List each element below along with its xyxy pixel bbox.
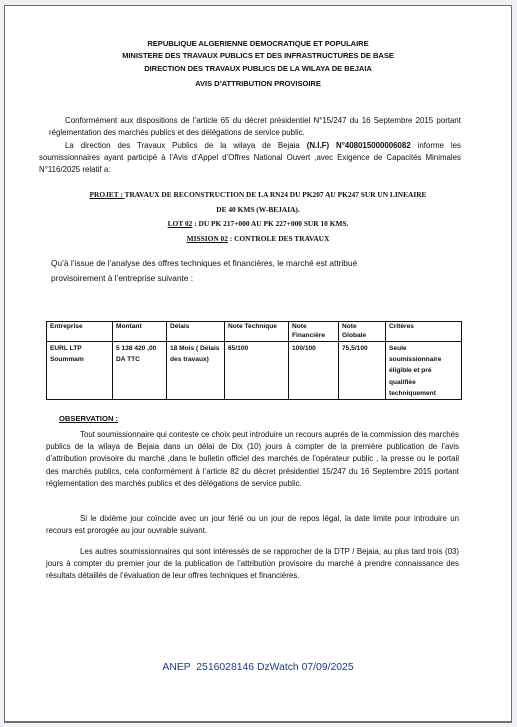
intro-paragraph-1: Conformément aux dispositions de l’artic… — [49, 115, 461, 139]
header-republic: REPUBLIQUE ALGERIENNE DEMOCRATIQUE ET PO… — [5, 39, 511, 48]
observation-paragraph-1: Tout soumissionnaire qui conteste ce cho… — [46, 429, 459, 490]
attribution-lead-text: Qu’à l’issue de l’analyse des offres tec… — [51, 256, 411, 286]
project-title-line1: TRAVAUX DE RECONSTRUCTION DE LA RN24 DU … — [125, 190, 427, 199]
document-title: AVIS D’ATTRIBUTION PROVISOIRE — [5, 79, 511, 88]
col-header-entreprise: Entreprise — [47, 322, 113, 342]
project-heading: PROJET : TRAVAUX DE RECONSTRUCTION DE LA… — [5, 190, 511, 199]
cell-note-globale: 75,5/100 — [339, 342, 386, 400]
header-direction: DIRECTION DES TRAVAUX PUBLICS DE LA WILA… — [5, 64, 511, 73]
col-header-montant: Montant — [113, 322, 167, 342]
observation-paragraph-2: Si le dixième jour coïncide avec un jour… — [46, 513, 459, 537]
publication-reference: ANEP 2516028146 DzWatch 07/09/2025 — [5, 662, 511, 673]
lot-label: LOT 02 — [168, 219, 193, 228]
intro-paragraph-2: La direction des Travaux Publics de la w… — [39, 140, 461, 177]
col-header-delais: Délais — [167, 322, 225, 342]
lot-line: LOT 02 : DU PK 217+000 AU PK 227+000 SUR… — [5, 219, 511, 228]
observation-paragraph-3: Les autres soumissionnaires qui sont int… — [46, 546, 459, 583]
attribution-table: Entreprise Montant Délais Note Technique… — [46, 321, 462, 400]
cell-note-technique: 65/100 — [225, 342, 289, 400]
cell-note-financiere: 100/100 — [289, 342, 339, 400]
col-header-note-technique: Note Technique — [225, 322, 289, 342]
table-header-row: Entreprise Montant Délais Note Technique… — [47, 322, 462, 342]
mission-line: MISSION 02 : CONTROLE DES TRAVAUX — [5, 234, 511, 243]
observation-heading: OBSERVATION : — [59, 414, 118, 423]
document-page: REPUBLIQUE ALGERIENNE DEMOCRATIQUE ET PO… — [4, 5, 512, 723]
col-header-criteres: Critères — [386, 322, 462, 342]
col-header-note-globale: Note Globale — [339, 322, 386, 342]
project-label: PROJET : — [89, 190, 124, 199]
nif-number: (N.I.F) N°408015000006082 — [307, 141, 411, 150]
col-header-note-financiere: Note Financière — [289, 322, 339, 342]
intro-p2-text: La direction des Travaux Publics de la w… — [65, 141, 307, 150]
project-title-line2: DE 40 KMS (W-BEJAIA). — [5, 205, 511, 214]
cell-delais: 18 Mois ( Délais des travaux) — [167, 342, 225, 400]
lot-text: : DU PK 217+000 AU PK 227+000 SUR 10 KMS… — [192, 219, 348, 228]
header-ministry: MINISTERE DES TRAVAUX PUBLICS ET DES INF… — [5, 51, 511, 60]
mission-text: : CONTROLE DES TRAVAUX — [228, 234, 329, 243]
cell-montant: 5 138 420 ,00 DA TTC — [113, 342, 167, 400]
table-row: EURL LTP Soummam 5 138 420 ,00 DA TTC 18… — [47, 342, 462, 400]
cell-criteres: Seule soumissionnaire éligible et pré qu… — [386, 342, 462, 400]
cell-entreprise: EURL LTP Soummam — [47, 342, 113, 400]
mission-label: MISSION 02 — [187, 234, 228, 243]
